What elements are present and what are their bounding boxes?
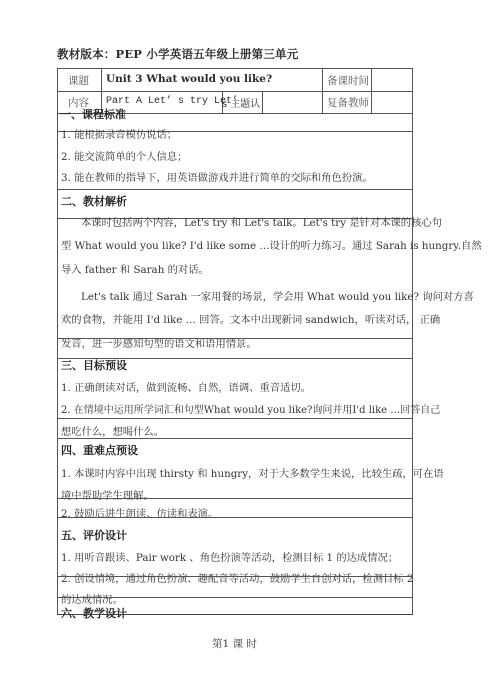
label-review-teacher: 复备教师 [327, 95, 369, 110]
lesson-topic-value: Unit 3 What would you like? [106, 73, 272, 85]
section-heading: 三、目标预设 [61, 357, 127, 373]
paragraph-line: 本课时包括两个内容，Let's try 和 Let's talk。Let's t… [81, 214, 442, 229]
section-heading: 四、重难点预设 [61, 442, 138, 458]
list-item: 1. 能根据录音模仿说话； [61, 126, 177, 141]
section-divider [57, 597, 413, 598]
table-border-left [57, 68, 58, 614]
list-item: 2. 创设情境，通过角色扮演、趣配音等活动，鼓励学生自创对话，检测目标 2 [61, 570, 413, 585]
list-item-continued: 境中帮助学生理解。 [61, 487, 154, 502]
section-divider [57, 418, 413, 419]
section-heading: 一、课程标准 [60, 106, 126, 122]
table-col-divider [371, 68, 372, 113]
table-row-divider [57, 91, 413, 92]
section-divider [57, 517, 413, 518]
lesson-period-label: 第1 课 时 [212, 636, 257, 651]
paragraph-line: 型 What would you like? I'd like some …设计… [61, 237, 482, 252]
document-title: 教材版本：PEP 小学英语五年级上册第三单元 [57, 46, 298, 62]
section-divider [57, 189, 413, 190]
paragraph-line: Let's talk 通过 Sarah 一家用餐的场景，学会用 What wou… [81, 288, 474, 303]
list-item: 2. 能交流简单的个人信息； [61, 148, 187, 163]
table-border-bottom [57, 614, 413, 615]
section-divider [57, 438, 413, 439]
paragraph-line: 导入 father 和 Sarah 的对话。 [61, 261, 209, 276]
list-item: 1. 用听音跟读、Pair work 、角色扮演等活动，检测目标 1 的达成情况… [61, 549, 398, 564]
table-col-divider [262, 91, 263, 113]
section-divider [57, 338, 413, 339]
list-item: 2. 在情境中运用所学词汇和句型What would you like?询问并用… [61, 401, 440, 416]
section-heading: 六、教学设计 [61, 605, 127, 621]
section-divider [57, 576, 413, 577]
paragraph-line: 欢的食物，并能用 I'd like … 回答。文本中出现新词 sandwich，… [61, 311, 440, 326]
section-divider [57, 498, 413, 499]
label-lesson-topic: 课题 [68, 73, 89, 88]
table-col-divider [322, 68, 323, 113]
label-prep-time: 备课时间 [327, 73, 369, 88]
list-item-continued: 的达成情况。 [61, 591, 123, 606]
list-item: 3. 能在教师的指导下，用英语做游戏并进行简单的交际和角色扮演。 [61, 169, 373, 184]
section-heading: 二、教材解析 [61, 193, 127, 209]
list-item: 1. 本课时内容中出现 thirsty 和 hungry，对于大多数学生来说，比… [61, 465, 444, 480]
list-item: 1. 正确朗读对话，做到流畅、自然，语调、重音适切。 [61, 379, 311, 394]
table-border-right [412, 68, 413, 614]
list-item-continued: 想吃什么，想喝什么。 [61, 423, 164, 438]
table-border-top [57, 68, 413, 69]
content-value-overflow: s 主题认 [222, 95, 260, 110]
section-heading: 五、评价设计 [61, 527, 127, 543]
